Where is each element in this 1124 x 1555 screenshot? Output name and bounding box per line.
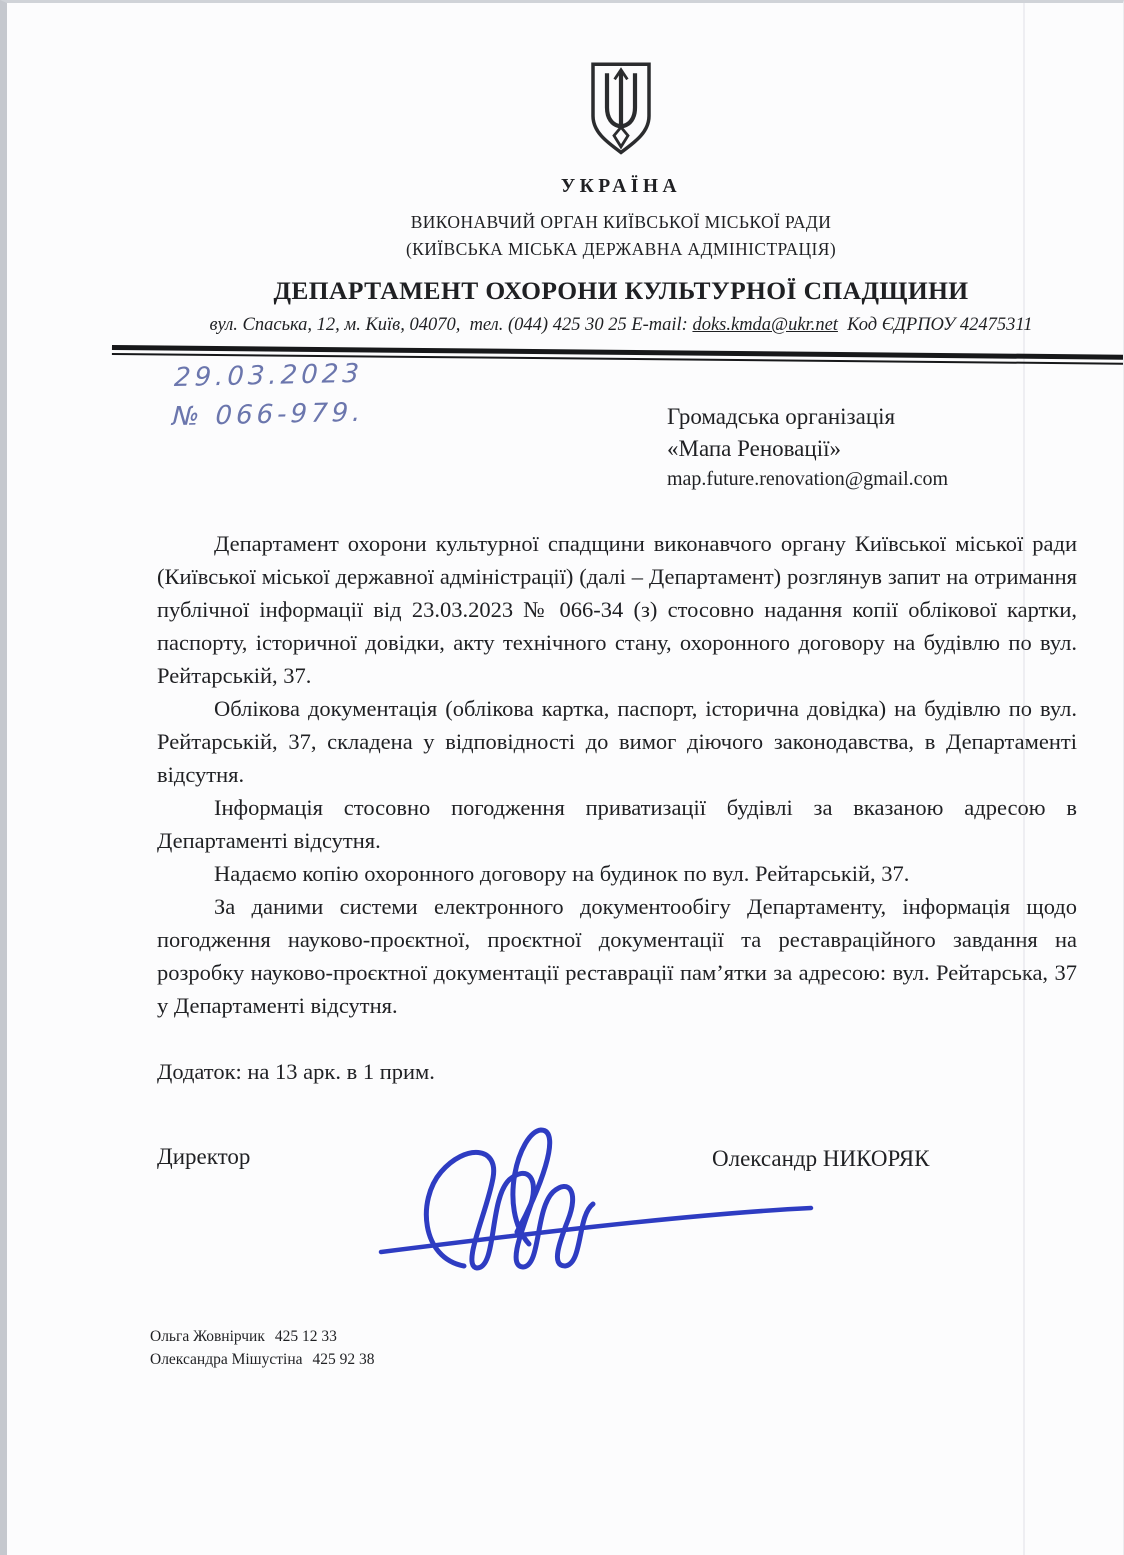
footer-contacts: Ольга Жовнірчик425 12 33 Олександра Мішу… [150, 1325, 375, 1371]
handwritten-date: 29.03.2023 [173, 355, 367, 398]
signature-row: Директор Олександр НИКОРЯК [7, 1138, 1123, 1353]
handwritten-signature [369, 1116, 819, 1281]
contact-name: Олександра Мішустіна [150, 1351, 303, 1368]
contact-line: Олександра Мішустіна425 92 38 [150, 1348, 375, 1371]
body-paragraph: Облікова документація (облікова картка, … [157, 692, 1077, 791]
handwritten-reference: 29.03.2023 № 066-979. [171, 355, 367, 437]
scanned-letter-page: УКРАЇНА ВИКОНАВЧИЙ ОРГАН КИЇВСЬКОЇ МІСЬК… [0, 0, 1124, 1555]
body-paragraph: Інформація стосовно погодження приватиза… [157, 791, 1077, 857]
org-name-line2: (КИЇВСЬКА МІСЬКА ДЕРЖАВНА АДМІНІСТРАЦІЯ) [119, 237, 1123, 262]
department-email: doks.kmda@ukr.net [692, 315, 837, 335]
ukraine-trident-emblem-icon [586, 59, 656, 159]
recipient-block: Громадська організація «Мапа Реновації» … [667, 401, 948, 493]
signer-name: Олександр НИКОРЯК [712, 1146, 929, 1172]
contact-phone: 425 92 38 [313, 1351, 375, 1368]
letterhead: УКРАЇНА ВИКОНАВЧИЙ ОРГАН КИЇВСЬКОЇ МІСЬК… [119, 3, 1123, 336]
contact-line: Ольга Жовнірчик425 12 33 [150, 1325, 375, 1348]
recipient-org-name: «Мапа Реновації» [667, 433, 948, 465]
address-line: вул. Спаська, 12, м. Київ, 04070, тел. (… [119, 315, 1123, 336]
country-name: УКРАЇНА [119, 176, 1123, 198]
attachment-note: Додаток: на 13 арк. в 1 прим. [157, 1055, 1077, 1088]
department-name: ДЕПАРТАМЕНТ ОХОРОНИ КУЛЬТУРНОЇ СПАДЩИНИ [119, 276, 1123, 306]
handwritten-number: № 066-979. [171, 394, 365, 437]
body-paragraph: Департамент охорони культурної спадщини … [157, 527, 1077, 692]
recipient-email: map.future.renovation@gmail.com [667, 465, 948, 493]
body-paragraph: За даними системи електронного документо… [157, 890, 1077, 1022]
reference-section: 29.03.2023 № 066-979. Громадська організ… [7, 355, 1123, 527]
org-name-line1: ВИКОНАВЧИЙ ОРГАН КИЇВСЬКОЇ МІСЬКОЇ РАДИ [119, 210, 1123, 235]
address-prefix: вул. Спаська, 12, м. Київ, 04070, тел. (… [209, 315, 692, 335]
contact-phone: 425 12 33 [275, 1328, 337, 1345]
address-suffix: Код ЄДРПОУ 42475311 [838, 315, 1033, 335]
body-paragraph: Надаємо копію охоронного договору на буд… [157, 857, 1077, 890]
letter-body: Департамент охорони культурної спадщини … [157, 527, 1077, 1088]
contact-name: Ольга Жовнірчик [150, 1328, 265, 1345]
signer-title: Директор [157, 1144, 250, 1170]
recipient-org-type: Громадська організація [667, 401, 948, 433]
